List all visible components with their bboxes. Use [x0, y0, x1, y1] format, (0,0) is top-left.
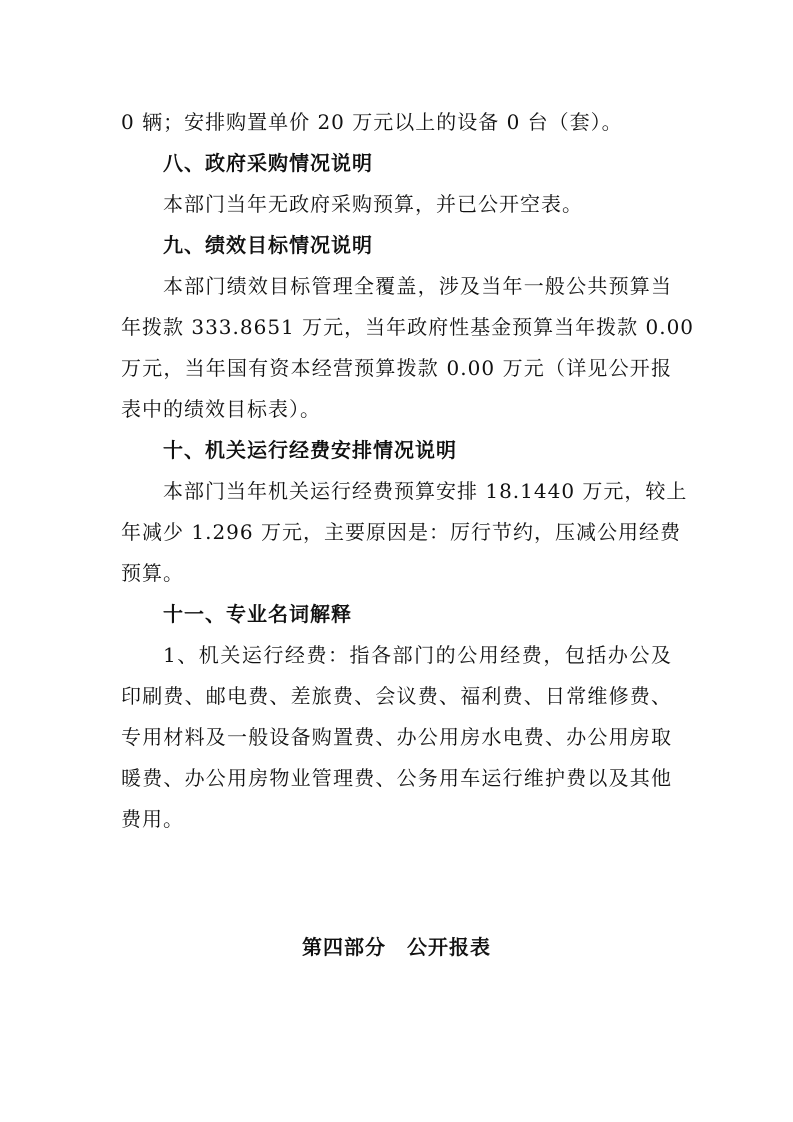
section-heading-operating-expenses: 十、机关运行经费安排情况说明	[163, 435, 457, 465]
paragraph-line: 万元，当年国有资本经营预算拨款 0.00 万元（详见公开报	[121, 353, 672, 383]
section-heading-performance-goals: 九、绩效目标情况说明	[163, 230, 373, 260]
paragraph-line: 预算。	[121, 558, 672, 588]
continuation-line: 0 辆；安排购置单价 20 万元以上的设备 0 台（套）。	[121, 107, 672, 137]
paragraph-line: 专用材料及一般设备购置费、办公用房水电费、办公用房取	[121, 722, 672, 752]
paragraph-line: 本部门绩效目标管理全覆盖，涉及当年一般公共预算当	[163, 271, 672, 301]
paragraph-line: 印刷费、邮电费、差旅费、会议费、福利费、日常维修费、	[121, 681, 672, 711]
paragraph-line: 费用。	[121, 804, 672, 834]
paragraph-line: 年拨款 333.8651 万元，当年政府性基金预算当年拨款 0.00	[121, 312, 672, 342]
part-title: 第四部分 公开报表	[0, 932, 793, 962]
part-title-text: 第四部分 公开报表	[302, 935, 491, 959]
section-heading-glossary: 十一、专业名词解释	[163, 599, 352, 629]
paragraph-line: 暖费、办公用房物业管理费、公务用车运行维护费以及其他	[121, 763, 672, 793]
paragraph-line: 年减少 1.296 万元，主要原因是：厉行节约，压减公用经费	[121, 517, 672, 547]
paragraph-line: 本部门当年机关运行经费预算安排 18.1440 万元，较上	[163, 476, 672, 506]
paragraph-line: 表中的绩效目标表）。	[121, 394, 672, 424]
paragraph-line: 1、机关运行经费：指各部门的公用经费，包括办公及	[163, 640, 672, 670]
section-heading-government-procurement: 八、政府采购情况说明	[163, 148, 373, 178]
paragraph-line: 本部门当年无政府采购预算，并已公开空表。	[163, 189, 672, 219]
